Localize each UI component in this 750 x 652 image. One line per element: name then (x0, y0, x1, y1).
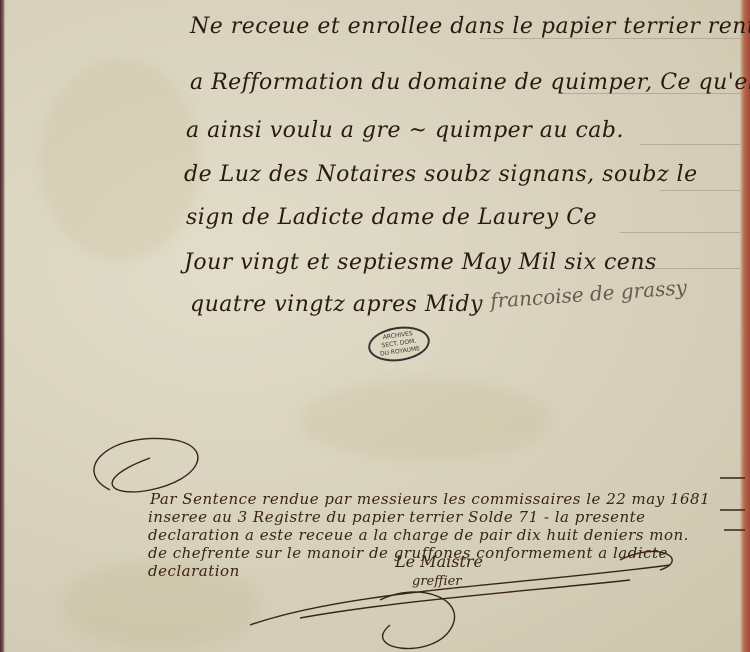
flourish-strokes (0, 0, 750, 652)
manuscript-page: Ne receue et enrollee dans le papier ter… (0, 0, 750, 652)
